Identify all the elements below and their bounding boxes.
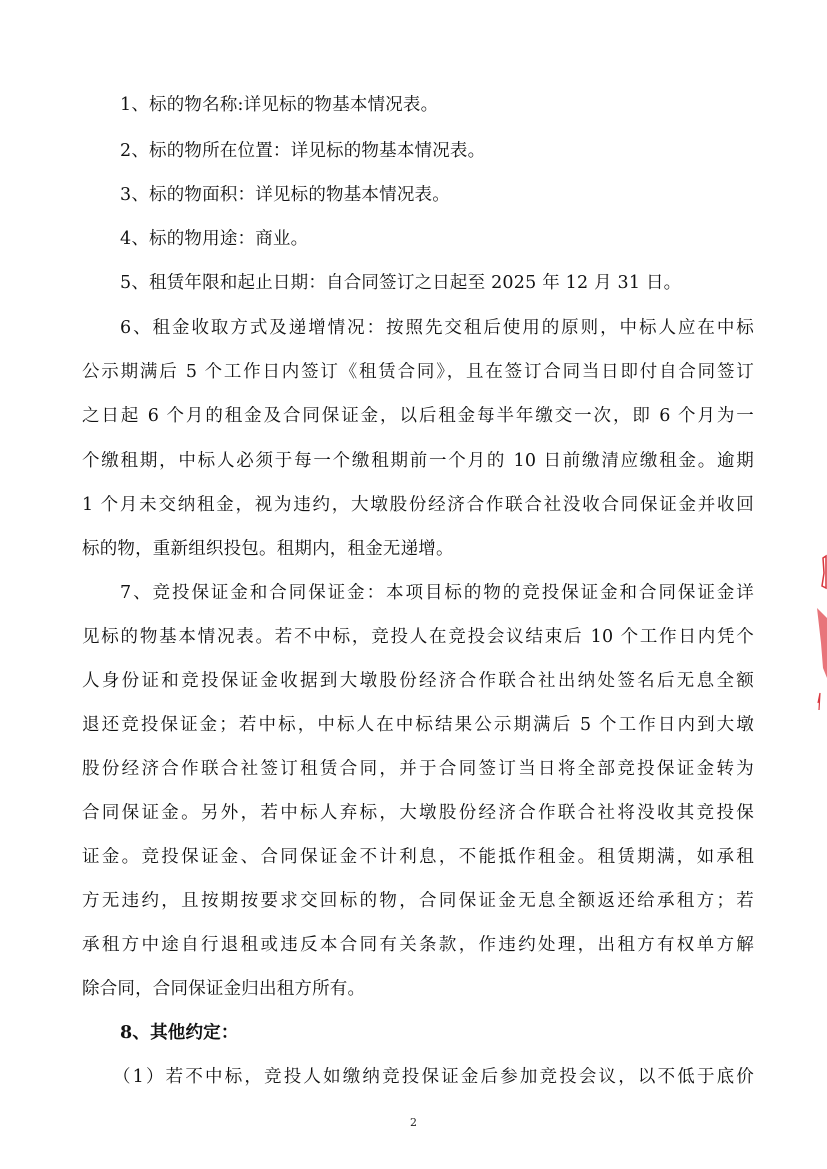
item-2-location: 2、标的物所在位置：详见标的物基本情况表。: [120, 140, 754, 162]
item-6-line-4: 个缴租期，中标人必须于每一个缴租期前一个月的 10 日前缴清应缴租金。逾期: [82, 450, 754, 472]
item-7-line-1: 7、竞投保证金和合同保证金：本项目标的物的竞投保证金和合同保证金详: [120, 582, 754, 604]
item-7-line-7: 证金。竞投保证金、合同保证金不计利息，不能抵作租金。租赁期满，如承租: [82, 846, 754, 868]
item-4-usage: 4、标的物用途：商业。: [120, 228, 754, 250]
item-5-lease-term: 5、租赁年限和起止日期：自合同签订之日起至 2025 年 12 月 31 日。: [120, 272, 754, 294]
item-6-line-3: 之日起 6 个月的租金及合同保证金，以后租金每半年缴交一次，即 6 个月为一: [82, 405, 754, 427]
item-1-name: 1、标的物名称:详见标的物基本情况表。: [120, 94, 754, 116]
item-7-line-9: 承租方中途自行退租或违反本合同有关条款，作违约处理，出租方有权单方解: [82, 934, 754, 956]
item-6-line-2: 公示期满后 5 个工作日内签订《租赁合同》，且在签订合同当日即付自合同签订: [82, 361, 754, 383]
item-7-line-2: 见标的物基本情况表。若不中标，竞投人在竞投会议结束后 10 个工作日内凭个: [82, 626, 754, 648]
item-8-heading: 8、其他约定：: [120, 1022, 754, 1044]
document-page: 1、标的物名称:详见标的物基本情况表。 2、标的物所在位置：详见标的物基本情况表…: [0, 0, 827, 1169]
item-8-clause-1: （1）若不中标，竞投人如缴纳竞投保证金后参加竞投会议，以不低于底价: [113, 1066, 754, 1088]
item-7-line-5: 股份经济合作联合社签订租赁合同，并于合同签订当日将全部竞投保证金转为: [82, 758, 754, 780]
official-seal-fragment: [813, 548, 827, 718]
item-7-line-8: 方无违约，且按期按要求交回标的物，合同保证金无息全额返还给承租方；若: [82, 890, 754, 912]
item-7-line-6: 合同保证金。另外，若中标人弃标，大墩股份经济合作联合社将没收其竞投保: [82, 802, 754, 824]
item-7-line-3: 人身份证和竞投保证金收据到大墩股份经济合作联合社出纳处签名后无息全额: [82, 670, 754, 692]
item-6-line-5: 1 个月未交纳租金，视为违约，大墩股份经济合作联合社没收合同保证金并收回: [82, 494, 754, 516]
item-6-line-1: 6、租金收取方式及递增情况：按照先交租后使用的原则，中标人应在中标: [120, 317, 754, 339]
item-3-area: 3、标的物面积：详见标的物基本情况表。: [120, 184, 754, 206]
page-number: 2: [0, 1116, 827, 1129]
item-7-line-10: 除合同，合同保证金归出租方所有。: [82, 978, 754, 1000]
item-6-line-6: 标的物，重新组织投包。租期内，租金无递增。: [82, 538, 754, 560]
item-7-line-4: 退还竞投保证金；若中标，中标人在中标结果公示期满后 5 个工作日内到大墩: [82, 714, 754, 736]
